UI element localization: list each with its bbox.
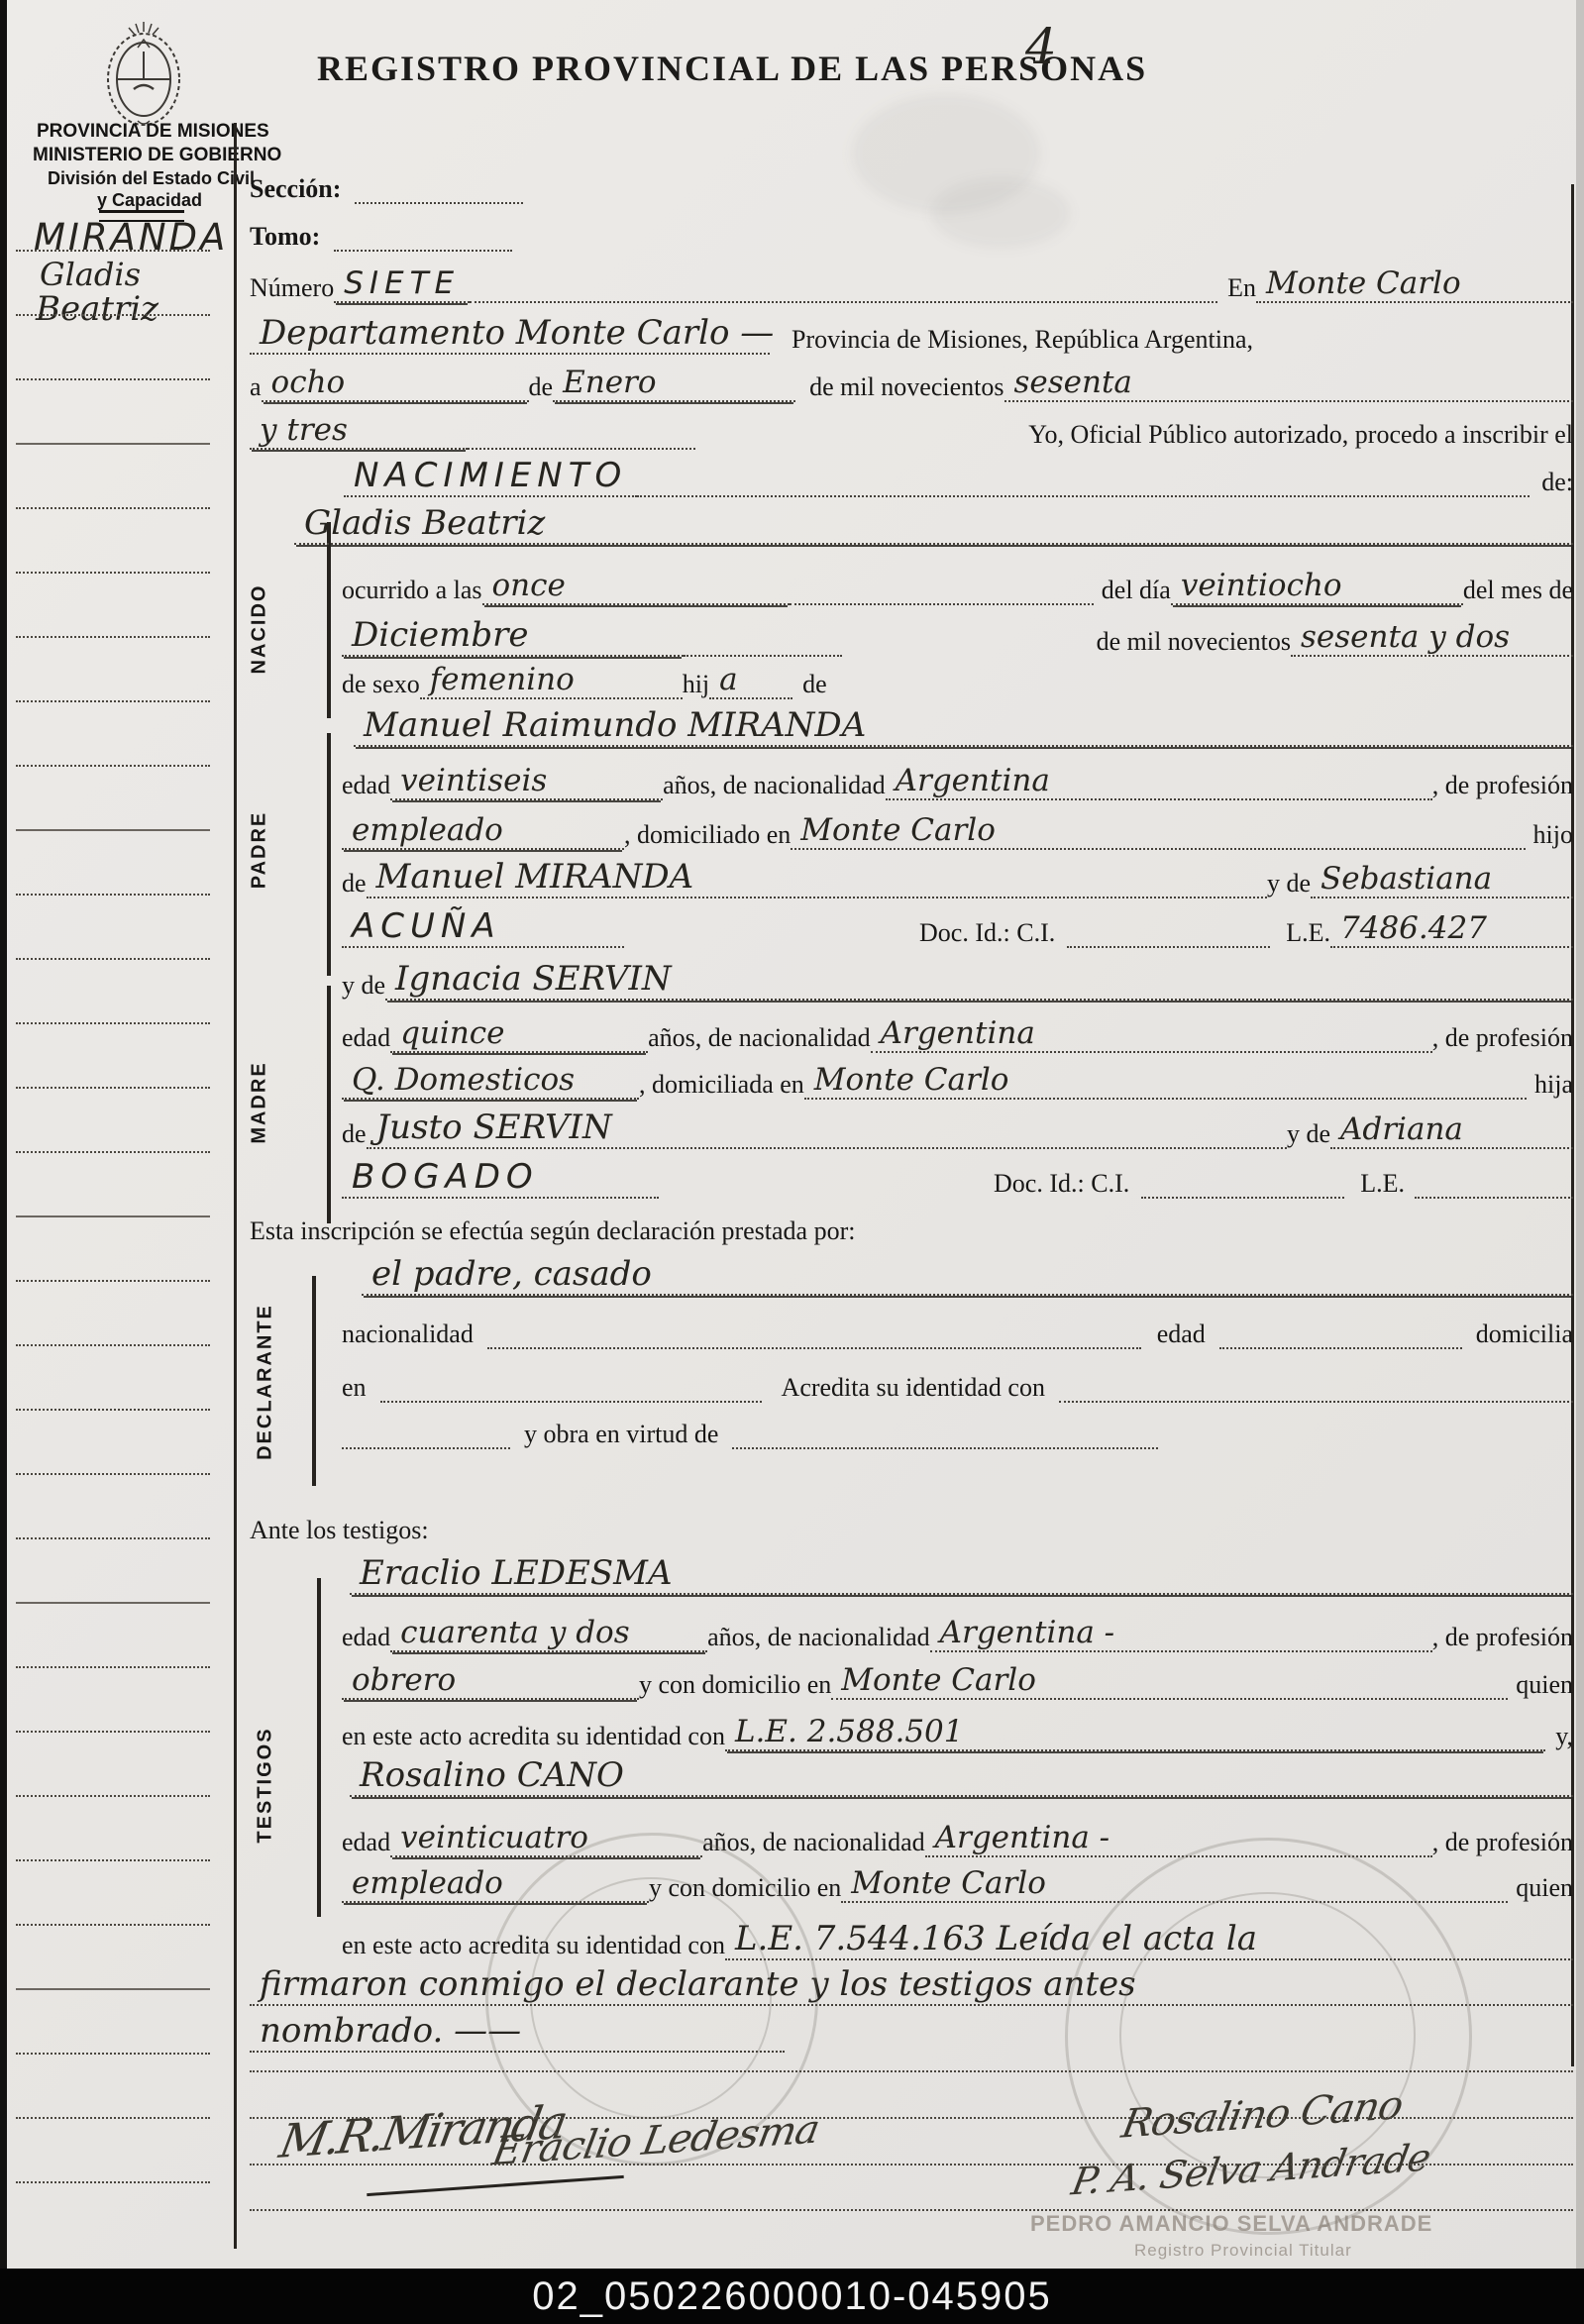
nacionalidad-label2: años, de nacionalidad [648, 1023, 871, 1053]
mes-inscripcion-value: Enero [553, 365, 795, 402]
declarante-en-label: en [342, 1373, 367, 1403]
ruled-line [16, 2117, 210, 2119]
en-label: En [1227, 273, 1256, 303]
ruled-line [16, 1280, 210, 1282]
testigo1-edad-value: cuarenta y dos [390, 1615, 707, 1652]
testigo2-nacionalidad-value: Argentina - [925, 1820, 1432, 1857]
ruled-line [16, 1087, 210, 1089]
ruled-line [250, 2070, 1573, 2072]
field-testigo1-doc: en este acto acredita su identidad con L… [342, 1714, 1573, 1751]
sidebar-org-line3: División del Estado Civil [48, 168, 255, 189]
round-stamp-right-inner [1119, 1892, 1416, 2178]
profesion-label2: , de profesión [1432, 1023, 1573, 1053]
sexo-value: femenino [420, 662, 683, 699]
ruled-line [16, 507, 210, 509]
field-acto: NACIMIENTO de: [250, 456, 1573, 497]
anio-inscripcion-value: sesenta [1004, 365, 1574, 402]
field-madre-domicilio: Q. Domesticos , domiciliada en Monte Car… [342, 1062, 1573, 1100]
declarante-obra-line2 [732, 1433, 1158, 1449]
abuelo-materno-value: Justo SERVIN [367, 1108, 1287, 1149]
hij-label: hij [683, 670, 709, 699]
stamp-official-name: PEDRO AMANCIO SELVA ANDRADE [1030, 2211, 1432, 2237]
field-inscripto: Gladis Beatriz [250, 503, 1573, 545]
dia-nacimiento-value: veintiocho [1171, 568, 1463, 605]
del-mes-label: del mes de [1463, 576, 1573, 605]
field-testigo2-edad: edad veinticuatro años, de nacionalidad … [342, 1820, 1573, 1857]
declarante-acredita-line [1059, 1387, 1573, 1403]
edad-label2: edad [342, 1023, 390, 1053]
edad-label3: edad [342, 1623, 390, 1652]
ruled-line [16, 2053, 210, 2055]
abuela-paterna-apellido: ACUÑA [342, 906, 624, 948]
declarante-valor-value: el padre, casado [362, 1254, 1573, 1296]
ruled-line [16, 2181, 210, 2183]
ci-line [1067, 932, 1270, 948]
field-abuelos-paternos: de Manuel MIRANDA y de Sebastiana [342, 857, 1573, 898]
field-madre-edad: edad quince años, de nacionalidad Argent… [342, 1015, 1573, 1053]
field-padre-nombre: Manuel Raimundo MIRANDA [342, 705, 1573, 747]
section-label-madre: MADRE [249, 1061, 271, 1143]
testigos-bracket [317, 1578, 321, 1917]
ruled-line [16, 700, 210, 702]
registered-given-name-2: Beatriz [26, 289, 168, 329]
field-madre-doc: BOGADO Doc. Id.: C.I. L.E. [342, 1157, 1573, 1199]
ruled-line [250, 2209, 1573, 2211]
field-mes-anio-nacimiento: Diciembre de mil novecientos sesenta y d… [342, 615, 1573, 657]
testigo1-nombre-value: Eraclio LEDESMA [350, 1553, 1573, 1595]
tomo-label: Tomo: [250, 222, 320, 252]
declarante-nacionalidad-label: nacionalidad [342, 1320, 474, 1349]
a-label: a [250, 372, 262, 402]
ruled-line [16, 1022, 210, 1024]
page-title: REGISTRO PROVINCIAL DE LAS PERSONAS [317, 48, 971, 89]
edad-label4: edad [342, 1828, 390, 1857]
quien-label2: quien [1516, 1873, 1573, 1903]
numero-label: Número [250, 273, 334, 303]
nacionalidad-label3: años, de nacionalidad [707, 1623, 930, 1652]
hija-label: hija [1534, 1070, 1573, 1100]
field-declarante-acredita: en Acredita su identidad con [342, 1373, 1573, 1403]
acredita-label: en este acto acredita su identidad con [342, 1722, 725, 1751]
nacionalidad-label: años, de nacionalidad [663, 771, 886, 800]
oficial-publico-text: Yo, Oficial Público autorizado, procedo … [1028, 420, 1573, 450]
declarante-acredita-label: Acredita su identidad con [782, 1373, 1045, 1403]
madre-nombre-value: Ignacia SERVIN [385, 959, 1573, 1001]
anio-inscripcion-value2: y tres [250, 412, 468, 450]
y-coma-label: y, [1555, 1722, 1573, 1751]
mes-line [684, 641, 842, 657]
field-padre-edad: edad veintiseis años, de nacionalidad Ar… [342, 763, 1573, 800]
ruled-line [16, 1344, 210, 1346]
ruled-line [16, 1988, 210, 1990]
ruled-line [16, 314, 210, 316]
field-departamento: Departamento Monte Carlo — Provincia de … [250, 313, 1573, 355]
padre-domicilio-value: Monte Carlo [791, 812, 1525, 850]
stamp-official-title: Registro Provincial Titular [1134, 2241, 1352, 2261]
madre-domicilio-value: Monte Carlo [804, 1062, 1527, 1100]
seccion-label: Sección: [250, 174, 341, 204]
scan-left-edge [0, 0, 7, 2324]
ruled-line [16, 443, 210, 445]
ruled-line [16, 378, 210, 380]
acto-line [637, 481, 1530, 497]
section-label-nacido: NACIDO [249, 584, 271, 675]
ruled-line [16, 829, 210, 831]
field-madre-nombre: y de Ignacia SERVIN [342, 959, 1573, 1001]
ruled-line [250, 2117, 1573, 2119]
field-declarante-valor: el padre, casado [342, 1254, 1573, 1296]
domiciliada-label: , domiciliada en [639, 1070, 804, 1100]
page-number-handwritten: 4 [1015, 18, 1067, 75]
provincia-text: Provincia de Misiones, República Argenti… [792, 325, 1253, 355]
padre-edad-value: veintiseis [390, 763, 663, 800]
declarante-obra-line1 [342, 1433, 510, 1449]
testigos-intro-text: Ante los testigos: [250, 1516, 429, 1545]
field-testigos-intro: Ante los testigos: [250, 1516, 1573, 1545]
declarante-edad-label: edad [1157, 1320, 1206, 1349]
madre-nacionalidad-value: Argentina [871, 1015, 1432, 1053]
madre-profesion-value: Q. Domesticos [342, 1062, 639, 1100]
padre-profesion-value: empleado [342, 812, 624, 850]
padre-nacionalidad-value: Argentina [886, 763, 1432, 800]
testigo1-doc-value: L.E. 2.588.501 [725, 1714, 1545, 1751]
sidebar-org-line4: y Capacidad [97, 190, 202, 211]
field-numero: Número SIETE En Monte Carlo [250, 265, 1573, 303]
nacido-bracket [327, 522, 331, 718]
field-seccion: Sección: [250, 174, 1573, 204]
ruled-line [16, 1666, 210, 1668]
scan-right-edge [1576, 0, 1584, 2324]
de-label3: de [342, 869, 367, 898]
con-domicilio-label: y con domicilio en [639, 1670, 831, 1700]
departamento-value: Departamento Monte Carlo — [250, 313, 770, 355]
field-padre-domicilio: empleado , domiciliado en Monte Carlo hi… [342, 812, 1573, 850]
y-de-label2: y de [342, 971, 385, 1001]
field-fecha-inscripcion: a ocho de Enero de mil novecientos sesen… [250, 365, 1573, 402]
le-label: L.E. [1286, 918, 1330, 948]
field-abuelos-maternos: de Justo SERVIN y de Adriana [342, 1108, 1573, 1149]
ruled-line [16, 958, 210, 960]
de-label4: de [342, 1119, 367, 1149]
ruled-line [16, 636, 210, 638]
ci-line2 [1141, 1183, 1344, 1199]
anio-line [468, 434, 695, 450]
field-declarante-nacionalidad: nacionalidad edad domicilia [342, 1320, 1573, 1349]
quien-label: quien [1516, 1670, 1573, 1700]
ruled-line [16, 1731, 210, 1733]
ocurrido-label: ocurrido a las [342, 576, 482, 605]
edad-label: edad [342, 771, 390, 800]
profesion-label4: , de profesión [1432, 1828, 1573, 1857]
ruled-line [16, 1409, 210, 1411]
coat-of-arms-argentina [94, 20, 193, 129]
declarante-en-line [380, 1387, 762, 1403]
section-label-declarante: DECLARANTE [255, 1304, 277, 1460]
field-testigo2-nombre: Rosalino CANO [342, 1755, 1573, 1797]
ruled-line [16, 250, 210, 252]
testigo1-nacionalidad-value: Argentina - [930, 1615, 1432, 1652]
abuela-materna-value: Adriana [1330, 1111, 1573, 1149]
field-testigo1-edad: edad cuarenta y dos años, de nacionalida… [342, 1615, 1573, 1652]
scan-footer-bar: 02_050226000010-045905 [0, 2269, 1584, 2324]
ruled-line [16, 1795, 210, 1797]
madre-bracket [327, 986, 331, 1223]
declarante-domicilia-label: domicilia [1476, 1320, 1573, 1349]
testigo1-domicilio-value: Monte Carlo [831, 1662, 1508, 1700]
de-mil-novecientos-label2: de mil novecientos [1097, 627, 1291, 657]
numero-value: SIETE [334, 265, 470, 303]
de-colon-label: de: [1541, 468, 1573, 497]
sexo-label: de sexo [342, 670, 420, 699]
field-testigo1-domicilio: obrero y con domicilio en Monte Carlo qu… [342, 1662, 1573, 1700]
signature-flourish [367, 2175, 624, 2196]
ruled-line [16, 1602, 210, 1604]
field-testigo1-nombre: Eraclio LEDESMA [342, 1553, 1573, 1595]
padre-nombre-value: Manuel Raimundo MIRANDA [354, 705, 1573, 747]
ruled-line [250, 2164, 1573, 2166]
ruled-line [16, 572, 210, 574]
profesion-label3: , de profesión [1432, 1623, 1573, 1652]
section-label-padre: PADRE [249, 811, 271, 890]
acto-value: NACIMIENTO [344, 456, 637, 497]
ruled-line [16, 765, 210, 767]
inscripto-name-value: Gladis Beatriz [294, 503, 1573, 545]
ruled-line [16, 1924, 210, 1926]
nacionalidad-label4: años, de nacionalidad [702, 1828, 925, 1857]
declarante-obra-label: y obra en virtud de [524, 1420, 718, 1449]
profesion-label: , de profesión [1432, 771, 1573, 800]
declarante-bracket [312, 1276, 316, 1486]
scan-id-text: 02_050226000010-045905 [532, 2274, 1052, 2319]
hija-letter-value: a [709, 662, 792, 699]
domiciliado-label: , domiciliado en [624, 820, 791, 850]
ruled-line [16, 1473, 210, 1475]
en-place-value: Monte Carlo [1256, 265, 1573, 303]
testigo2-nombre-value: Rosalino CANO [350, 1755, 1573, 1797]
abuelo-paterno-value: Manuel MIRANDA [367, 857, 1267, 898]
field-hora-dia: ocurrido a las once del día veintiocho d… [342, 568, 1573, 605]
field-padre-doc: ACUÑA Doc. Id.: C.I. L.E. 7486.427 [342, 906, 1573, 948]
ruled-line [16, 1215, 210, 1217]
de-label2: de [802, 670, 827, 699]
numero-line [470, 287, 1217, 303]
le-line2 [1415, 1183, 1573, 1199]
abuela-paterna-value: Sebastiana [1311, 861, 1573, 898]
testigo1-profesion-value: obrero [342, 1662, 639, 1700]
padre-bracket [327, 733, 331, 976]
registered-surname: MIRANDA [24, 216, 238, 259]
abuela-materna-apellido: BOGADO [342, 1157, 659, 1199]
declarante-edad-line [1219, 1333, 1462, 1349]
registered-given-name-1: Gladis [30, 256, 151, 293]
mes-nacimiento-value: Diciembre [342, 615, 684, 657]
y-de-label3: y de [1287, 1119, 1330, 1149]
seccion-line [355, 188, 523, 204]
madre-edad-value: quince [390, 1015, 648, 1053]
field-tomo: Tomo: [250, 222, 1573, 252]
de-label: de [529, 372, 554, 402]
field-anio-cont: y tres Yo, Oficial Público autorizado, p… [250, 412, 1573, 450]
ruled-line [16, 894, 210, 896]
ruled-line [16, 1151, 210, 1153]
hora-line [790, 589, 1094, 605]
field-declaracion-intro: Esta inscripción se efectúa según declar… [250, 1216, 1573, 1246]
le-label2: L.E. [1360, 1169, 1405, 1199]
field-declarante-obra: y obra en virtud de [342, 1420, 1573, 1449]
declaracion-intro-text: Esta inscripción se efectúa según declar… [250, 1216, 855, 1246]
anio-nacimiento-value: sesenta y dos [1291, 619, 1573, 657]
round-stamp-center-inner [530, 1877, 772, 2119]
de-mil-novecientos-label: de mil novecientos [809, 372, 1003, 402]
form-left-divider [234, 123, 237, 2249]
sidebar-org-line2: MINISTERIO DE GOBIERNO [33, 145, 281, 166]
hora-value: once [482, 568, 790, 605]
scanned-birth-certificate: REGISTRO PROVINCIAL DE LAS PERSONAS 4 PR… [0, 0, 1584, 2324]
dia-inscripcion-value: ocho [262, 365, 529, 402]
doc-id-label2: Doc. Id.: C.I. [994, 1169, 1129, 1199]
padre-le-value: 7486.427 [1330, 910, 1573, 948]
declarante-nacionalidad-line [487, 1333, 1141, 1349]
tomo-line [334, 236, 512, 252]
ruled-line [16, 1537, 210, 1539]
section-label-testigos: TESTIGOS [255, 1727, 277, 1843]
field-sexo: de sexo femenino hij a de [342, 662, 1573, 699]
y-de-label: y de [1267, 869, 1311, 898]
ruled-line [16, 1859, 210, 1861]
doc-id-label: Doc. Id.: C.I. [919, 918, 1055, 948]
hijo-label: hijo [1533, 820, 1573, 850]
del-dia-label: del día [1102, 576, 1171, 605]
